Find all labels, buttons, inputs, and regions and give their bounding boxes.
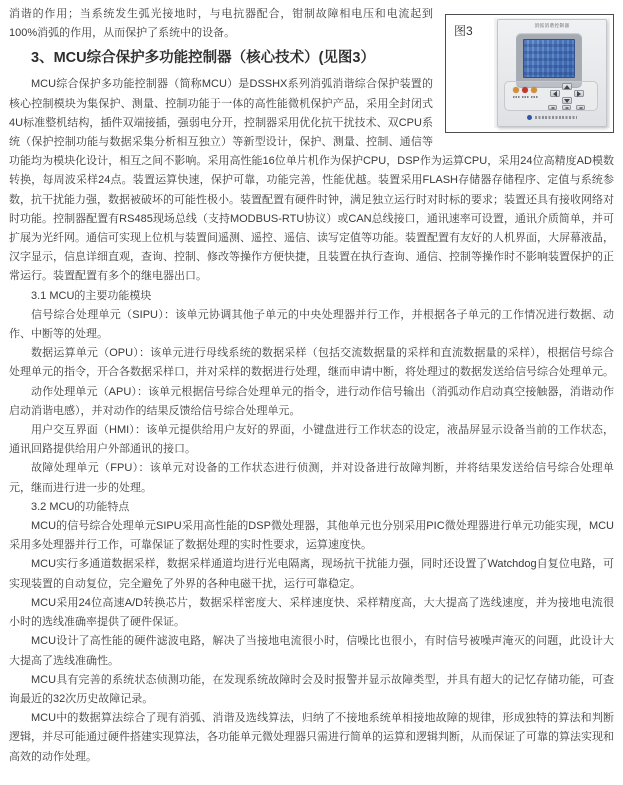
- device-lcd-screen: [523, 39, 575, 78]
- document-page: 图3 消弧消谐控制器: [0, 0, 623, 785]
- device-led-2: [522, 87, 528, 93]
- device-function-button-2: [562, 105, 571, 110]
- device-left-arrow-button: [550, 90, 560, 97]
- paragraph-sipu: 信号综合处理单元（SIPU）：该单元协调其他子单元的中央处理器并行工作，并根据各…: [9, 306, 614, 344]
- button-mark: [551, 107, 554, 109]
- device-led-label-3: [531, 96, 538, 98]
- subheading-3-2: 3.2 MCU的功能特点: [9, 498, 614, 517]
- device-function-button-1: [548, 105, 557, 110]
- device-front-panel: 消弧消谐控制器: [497, 19, 607, 127]
- device-function-button-3: [576, 105, 585, 110]
- device-control-panel: [504, 81, 598, 111]
- up-arrow-icon: [564, 85, 570, 89]
- device-led-label-1: [513, 96, 520, 98]
- paragraph-fpu: 故障处理单元（FPU）：该单元对设备的工作状态进行侦测，并对设备进行故障判断，并…: [9, 459, 614, 497]
- paragraph-fault-log: MCU具有完善的系统状态侦测功能，在发现系统故障时会及时报警并显示故障类型，并具…: [9, 671, 614, 709]
- paragraph-sampling: MCU实行多通道数据采样，数据采样通道均进行光电隔离，现场抗干扰能力强，同时还设…: [9, 555, 614, 593]
- right-arrow-icon: [577, 91, 581, 97]
- paragraph-ad-chip: MCU采用24位高速A/D转换芯片，数据采样密度大、采样速度快、采样精度高，大大…: [9, 594, 614, 632]
- device-up-arrow-button: [562, 83, 572, 90]
- device-led-1: [513, 87, 519, 93]
- device-down-arrow-button: [562, 97, 572, 104]
- device-photo: 消弧消谐控制器: [494, 18, 610, 128]
- device-title-text: 消弧消谐控制器: [534, 21, 569, 31]
- device-screen-bezel: [516, 33, 582, 88]
- device-brand-logo: [498, 114, 606, 120]
- paragraph-hmi: 用户交互界面（HMI）：该单元提供给用户友好的界面，小键盘进行工作状态的设定，液…: [9, 421, 614, 459]
- figure-3-box: 图3 消弧消谐控制器: [445, 14, 614, 133]
- figure-label: 图3: [454, 22, 473, 41]
- device-led-label-2: [522, 96, 529, 98]
- paragraph-opu: 数据运算单元（OPU）：该单元进行母线系统的数据采样（包括交流数据量的采样和直流…: [9, 344, 614, 382]
- subheading-3-1: 3.1 MCU的主要功能模块: [9, 287, 614, 306]
- button-mark: [579, 107, 582, 109]
- paragraph-dsp: MCU的信号综合处理单元SIPU采用高性能的DSP微处理器，其他单元也分别采用P…: [9, 517, 614, 555]
- brand-logo-icon: [527, 115, 532, 120]
- down-arrow-icon: [564, 99, 570, 103]
- paragraph-algorithm: MCU中的数据算法综合了现有消弧、消谐及选线算法，归纳了不接地系统单相接地故障的…: [9, 709, 614, 767]
- device-led-3: [531, 87, 537, 93]
- left-arrow-icon: [553, 91, 557, 97]
- brand-text-illegible: [535, 116, 577, 119]
- device-right-arrow-button: [574, 90, 584, 97]
- button-mark: [565, 107, 568, 109]
- paragraph-filter: MCU设计了高性能的硬件滤波电路，解决了当接地电流很小时，信噪比也很小，有时信号…: [9, 632, 614, 670]
- paragraph-apu: 动作处理单元（APU）：该单元根据信号综合处理单元的指令，进行动作信号输出（消弧…: [9, 383, 614, 421]
